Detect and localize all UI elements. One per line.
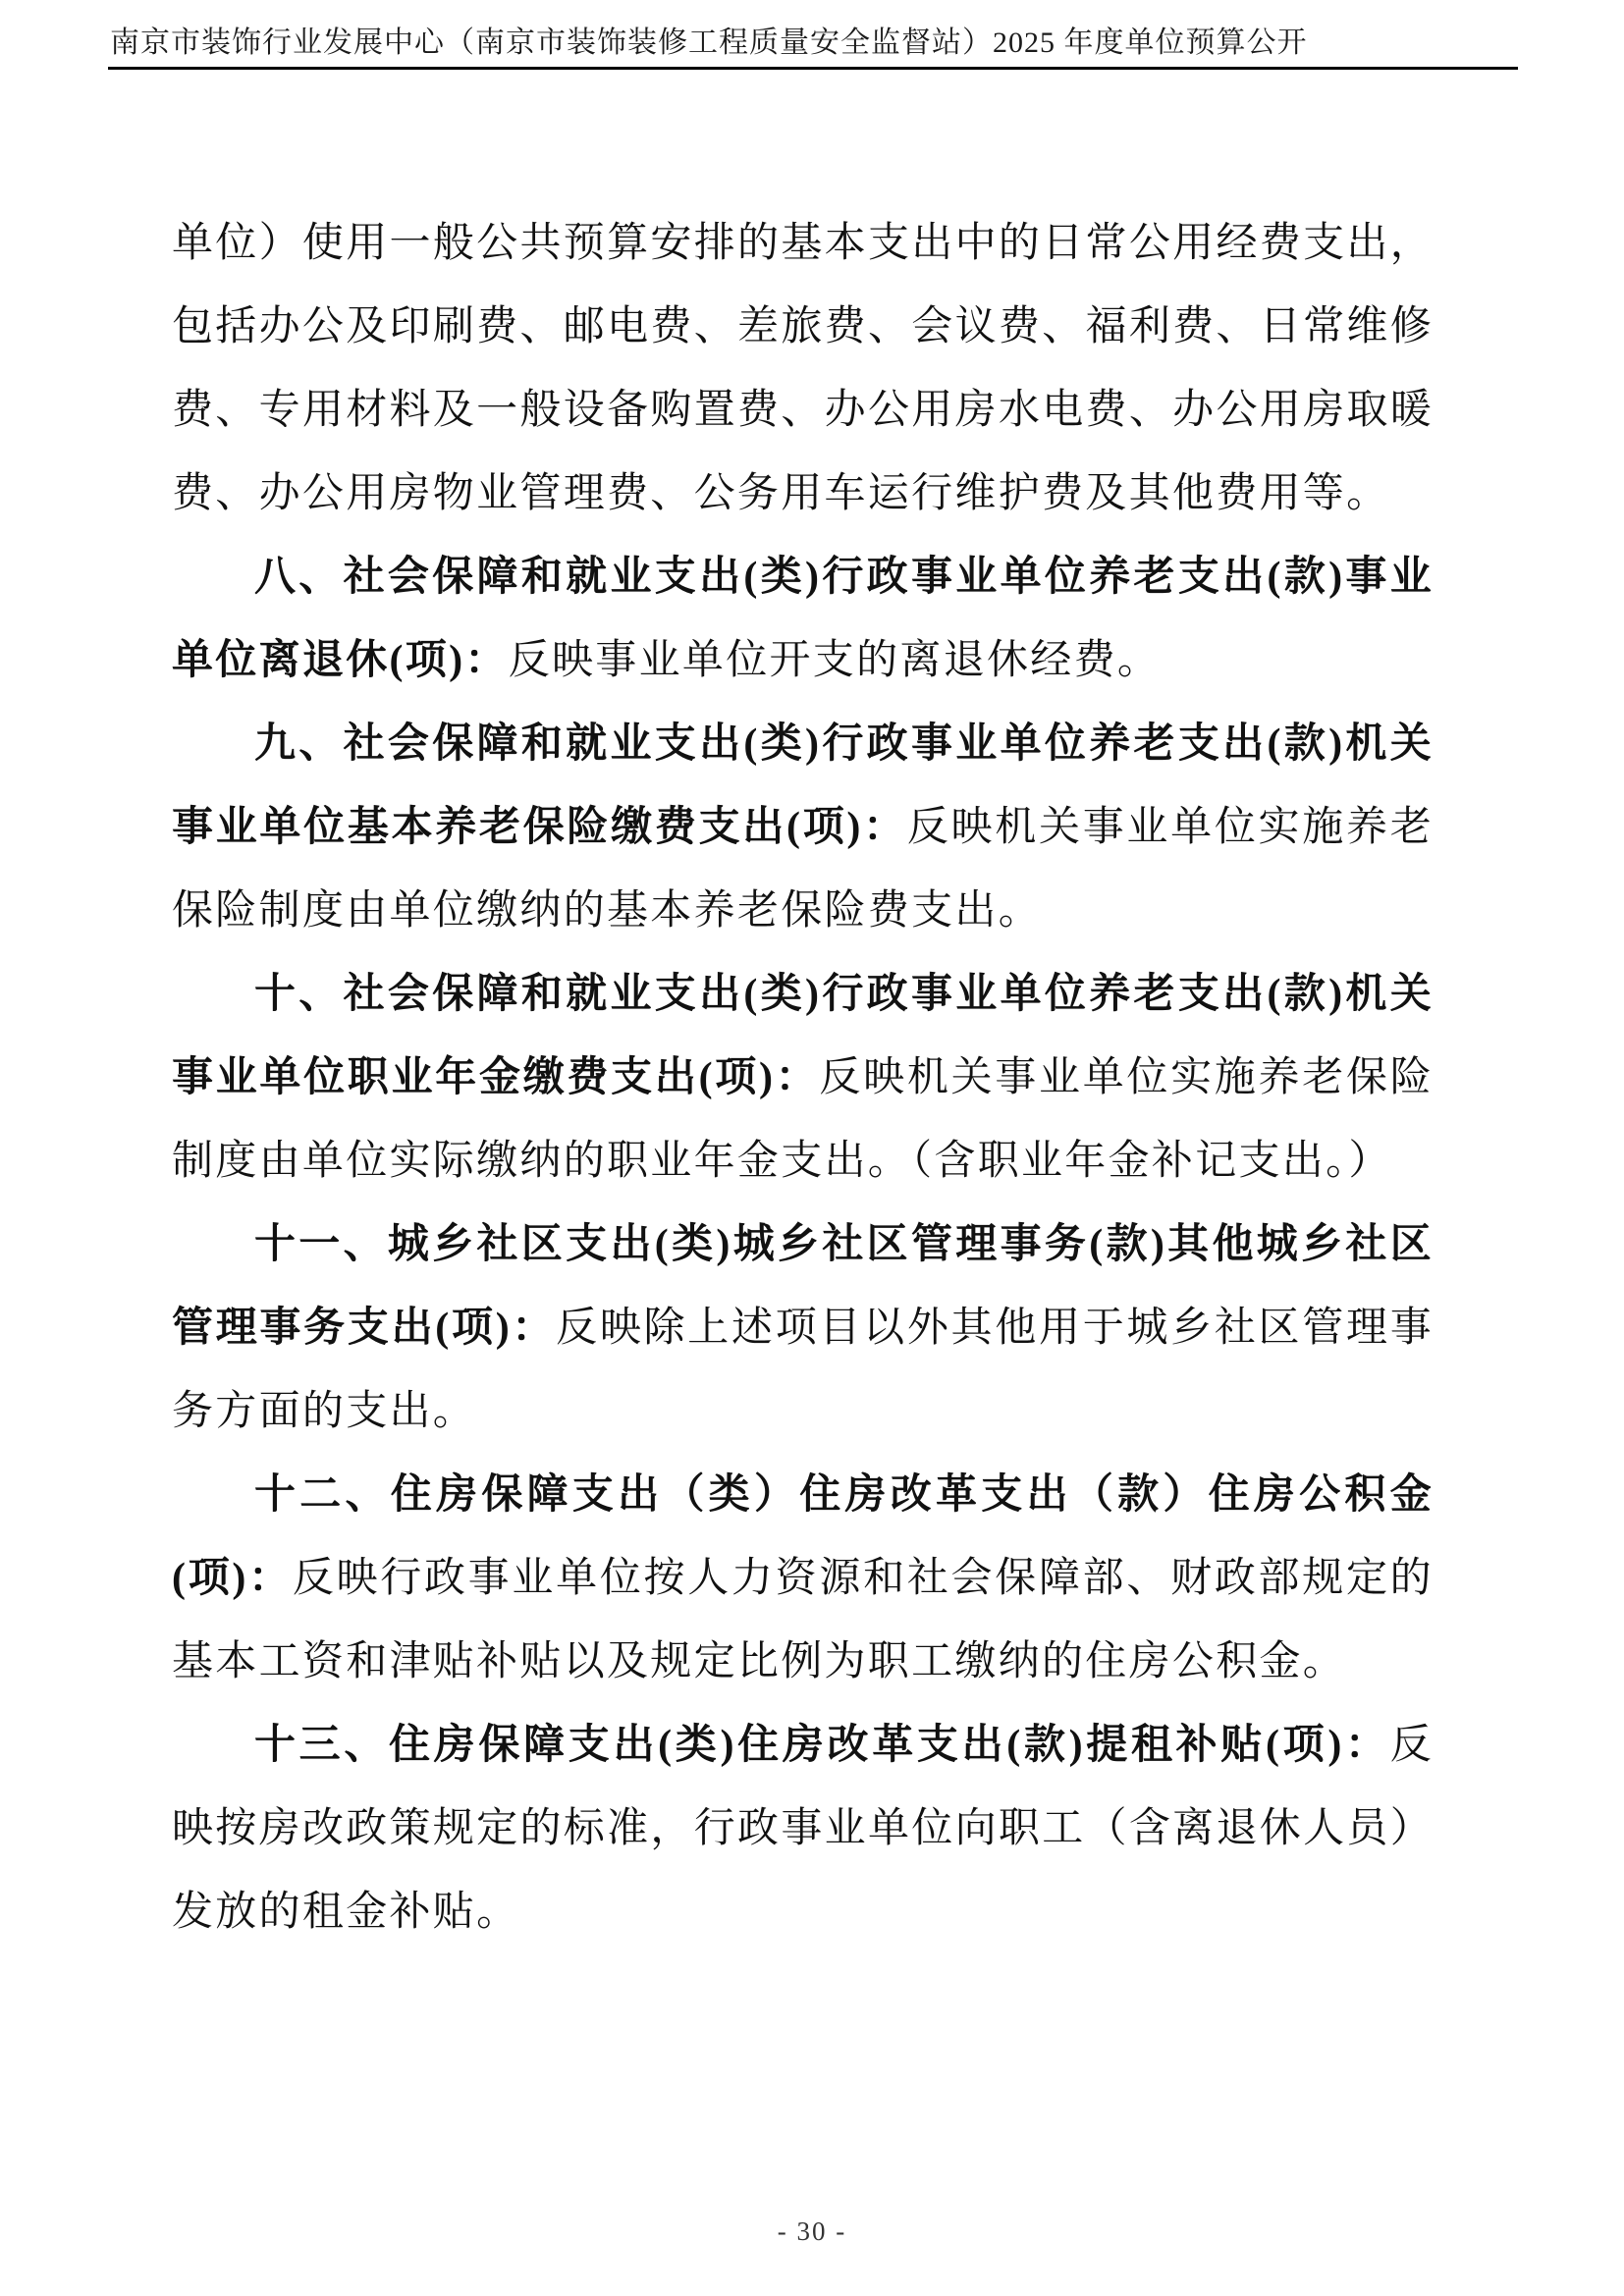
body-paragraph: 八、社会保障和就业支出(类)行政事业单位养老支出(款)事业单位离退休(项)：反映… (172, 536, 1434, 703)
body-paragraph: 九、社会保障和就业支出(类)行政事业单位养老支出(款)机关事业单位基本养老保险缴… (172, 703, 1434, 953)
header-rule (108, 67, 1518, 70)
body-paragraph: 十二、住房保障支出（类）住房改革支出（款）住房公积金(项)：反映行政事业单位按人… (172, 1454, 1434, 1704)
body-paragraph: 单位）使用一般公共预算安排的基本支出中的日常公用经费支出，包括办公及印刷费、邮电… (172, 202, 1434, 536)
page-header-title: 南京市装饰行业发展中心（南京市装饰装修工程质量安全监督站）2025 年度单位预算… (110, 24, 1524, 63)
page-number: - 30 - (0, 2216, 1624, 2247)
body-paragraph: 十三、住房保障支出(类)住房改革支出(款)提租补贴(项)：反映按房改政策规定的标… (172, 1704, 1434, 1954)
document-body: 单位）使用一般公共预算安排的基本支出中的日常公用经费支出，包括办公及印刷费、邮电… (172, 202, 1434, 1954)
paragraph-text: 单位）使用一般公共预算安排的基本支出中的日常公用经费支出，包括办公及印刷费、邮电… (172, 221, 1434, 516)
body-paragraph: 十一、城乡社区支出(类)城乡社区管理事务(款)其他城乡社区管理事务支出(项)：反… (172, 1203, 1434, 1454)
paragraph-lead: 十三、住房保障支出(类)住房改革支出(款)提租补贴(项)： (254, 1723, 1390, 1768)
document-page: 南京市装饰行业发展中心（南京市装饰装修工程质量安全监督站）2025 年度单位预算… (0, 0, 1624, 2296)
paragraph-text: 反映事业单位开支的离退休经费。 (509, 638, 1162, 683)
body-paragraph: 十、社会保障和就业支出(类)行政事业单位养老支出(款)机关事业单位职业年金缴费支… (172, 953, 1434, 1203)
paragraph-text: 反映行政事业单位按人力资源和社会保障部、财政部规定的基本工资和津贴补贴以及规定比… (172, 1556, 1434, 1684)
